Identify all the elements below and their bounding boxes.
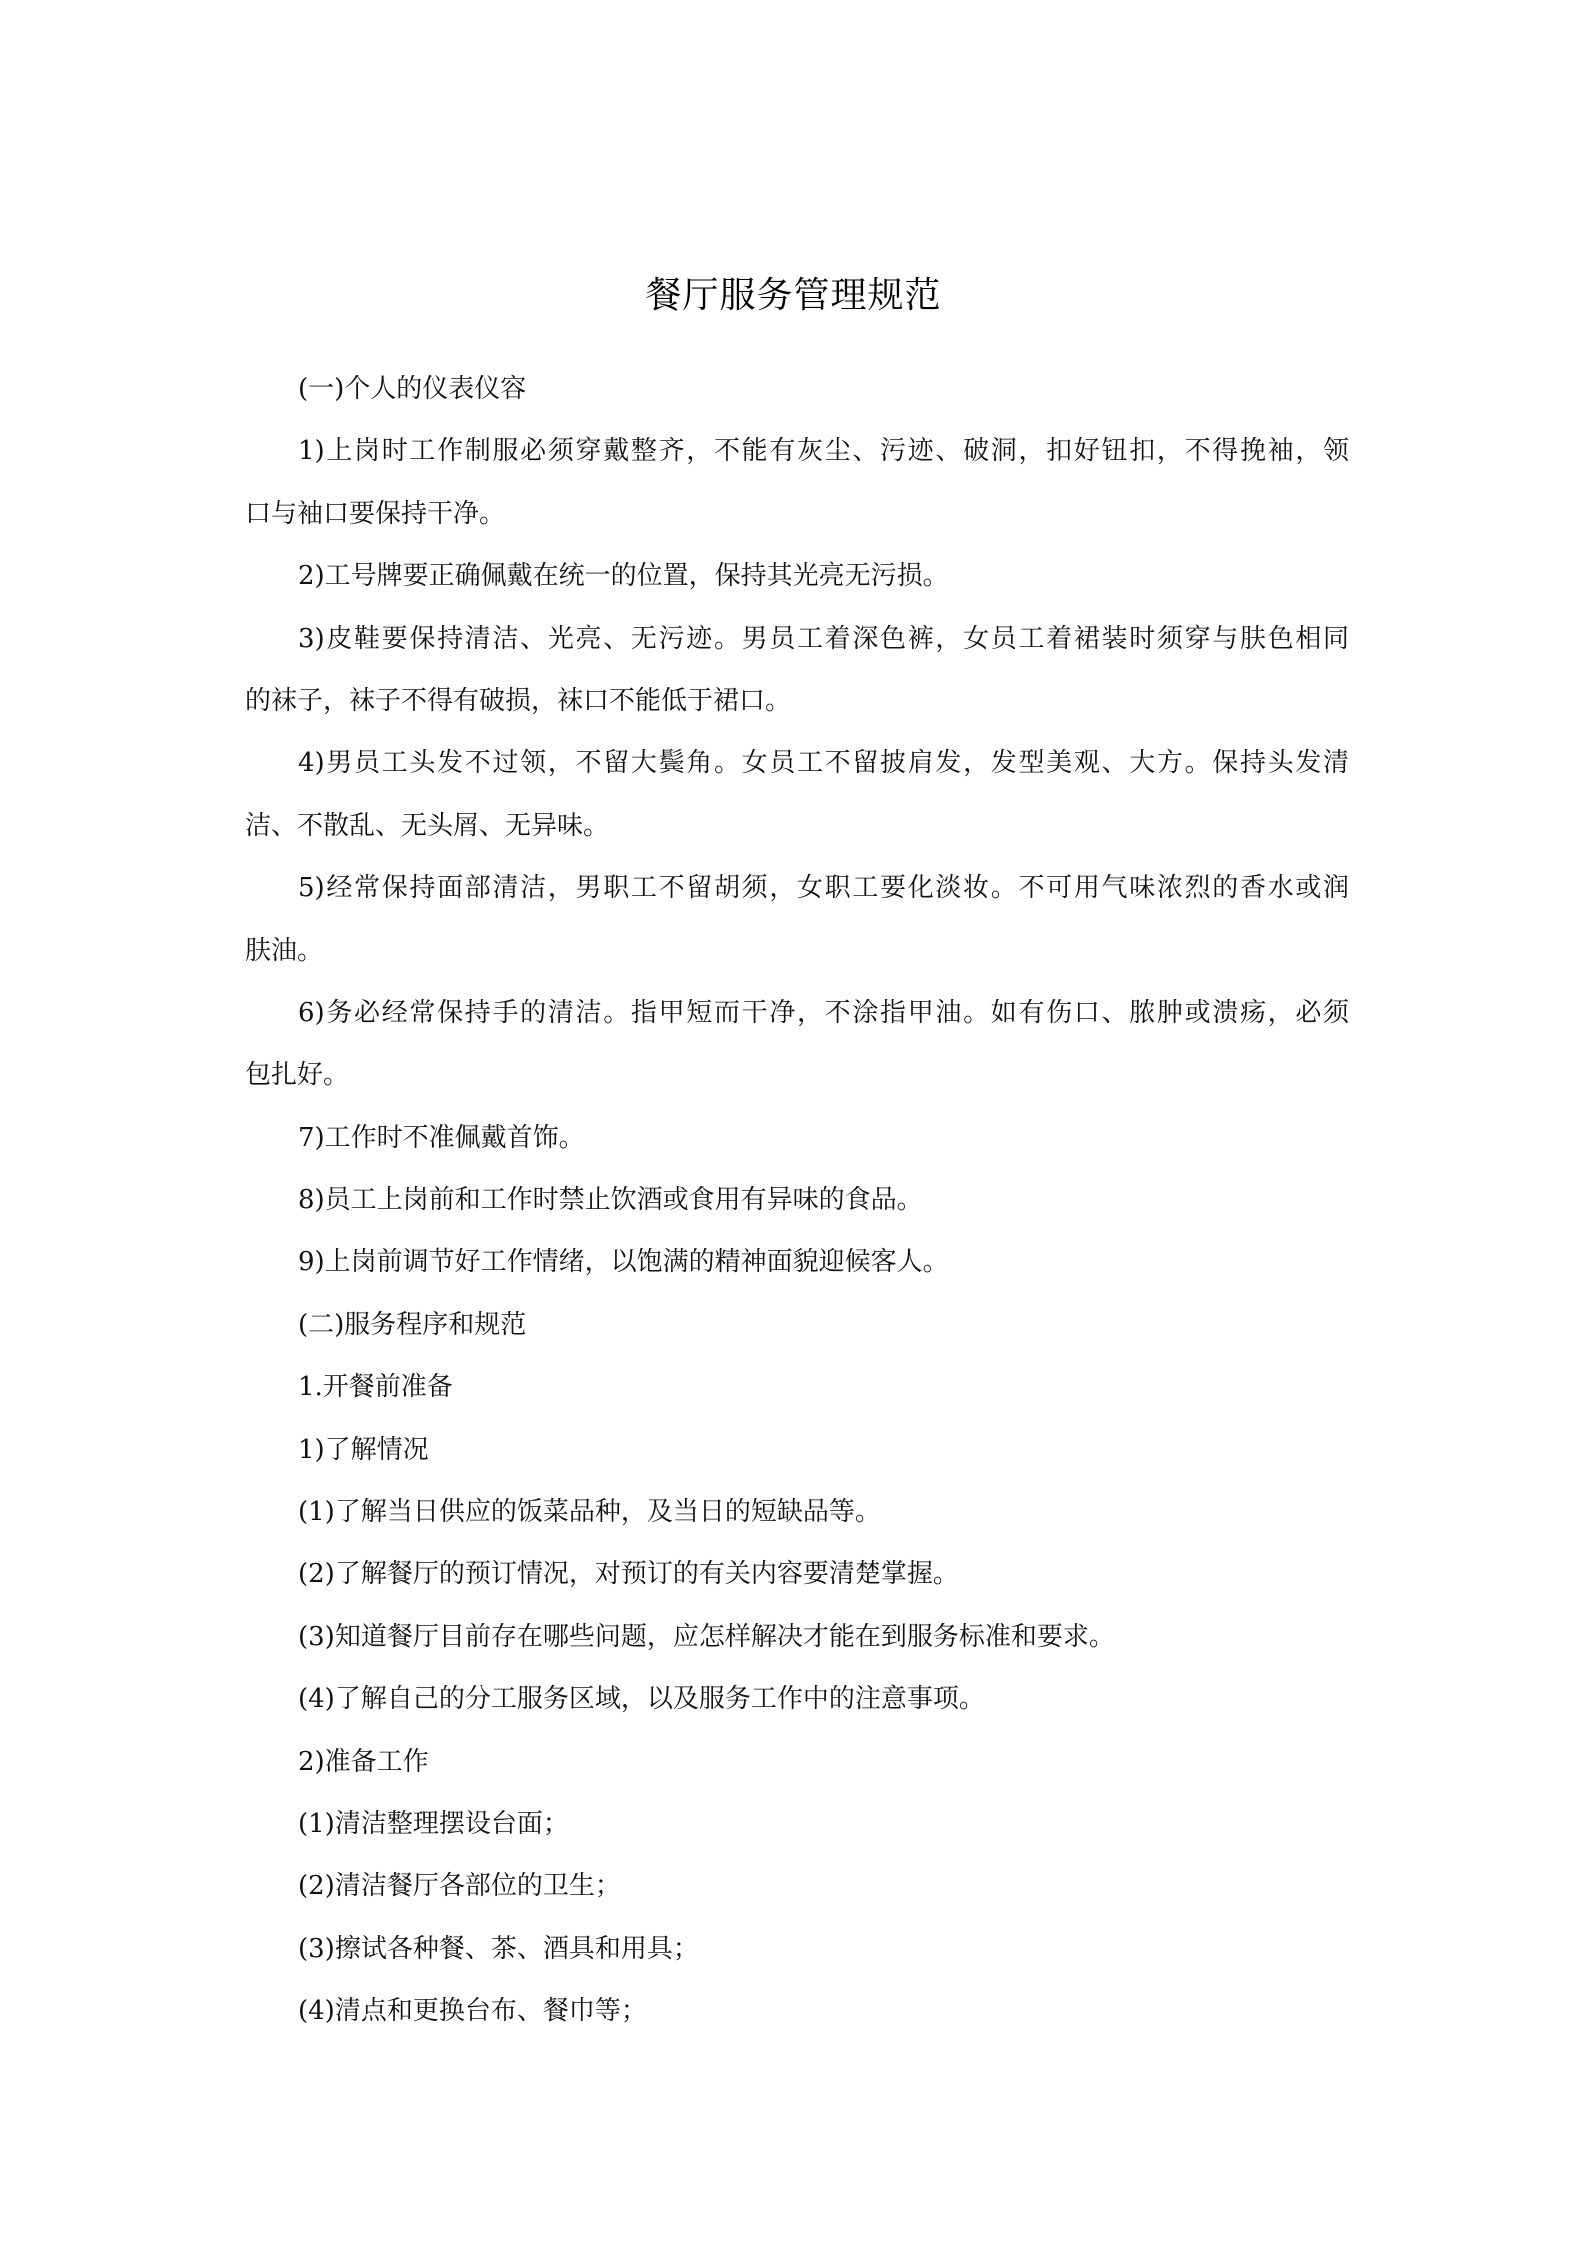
list-item: (4)清点和更换台布、餐巾等；: [245, 1980, 1349, 2042]
list-item: (1)了解当日供应的饭菜品种，及当日的短缺品等。: [245, 1481, 1349, 1543]
list-item: (2)了解餐厅的预订情况，对预订的有关内容要清楚掌握。: [245, 1543, 1349, 1605]
list-item: (3)擦试各种餐、茶、酒具和用具；: [245, 1918, 1349, 1980]
paragraph-line: 3)皮鞋要保持清洁、光亮、无污迹。男员工着深色裤，女员工着裙装时须穿与肤色相同: [245, 608, 1349, 670]
paragraph-line: 4)男员工头发不过领，不留大鬓角。女员工不留披肩发，发型美观、大方。保持头发清: [245, 732, 1349, 794]
list-item: (4)了解自己的分工服务区域，以及服务工作中的注意事项。: [245, 1668, 1349, 1730]
paragraph-line: 7)工作时不准佩戴首饰。: [245, 1107, 1349, 1169]
paragraph-line: 6)务必经常保持手的清洁。指甲短而干净，不涂指甲油。如有伤口、脓肿或溃疡，必须: [245, 982, 1349, 1044]
list-item: (1)清洁整理摆设台面；: [245, 1793, 1349, 1855]
paragraph-line: 8)员工上岗前和工作时禁止饮酒或食用有异味的食品。: [245, 1169, 1349, 1231]
subsection-heading: 1)了解情况: [245, 1419, 1349, 1481]
document-page: 餐厅服务管理规范 (一)个人的仪表仪容 1)上岗时工作制服必须穿戴整齐，不能有灰…: [0, 0, 1587, 2245]
paragraph-line: 9)上岗前调节好工作情绪，以饱满的精神面貌迎候客人。: [245, 1231, 1349, 1293]
list-item: (3)知道餐厅目前存在哪些问题，应怎样解决才能在到服务标准和要求。: [245, 1606, 1349, 1668]
document-body: (一)个人的仪表仪容 1)上岗时工作制服必须穿戴整齐，不能有灰尘、污迹、破洞，扣…: [245, 358, 1349, 2043]
subsection-heading: 2)准备工作: [245, 1731, 1349, 1793]
paragraph-line: 肤油。: [245, 920, 1349, 982]
paragraph-line: 口与袖口要保持干净。: [245, 483, 1349, 545]
document-title: 餐厅服务管理规范: [0, 272, 1587, 320]
paragraph-line: 5)经常保持面部清洁，男职工不留胡须，女职工要化淡妆。不可用气味浓烈的香水或润: [245, 857, 1349, 919]
section-heading-service: (二)服务程序和规范: [245, 1294, 1349, 1356]
subsection-heading: 1.开餐前准备: [245, 1356, 1349, 1418]
paragraph-line: 2)工号牌要正确佩戴在统一的位置，保持其光亮无污损。: [245, 545, 1349, 607]
paragraph-line: 1)上岗时工作制服必须穿戴整齐，不能有灰尘、污迹、破洞，扣好钮扣，不得挽袖，领: [245, 420, 1349, 482]
paragraph-line: 包扎好。: [245, 1044, 1349, 1106]
paragraph-line: 洁、不散乱、无头屑、无异味。: [245, 795, 1349, 857]
list-item: (2)清洁餐厅各部位的卫生；: [245, 1855, 1349, 1917]
paragraph-line: 的袜子，袜子不得有破损，袜口不能低于裙口。: [245, 670, 1349, 732]
section-heading-appearance: (一)个人的仪表仪容: [245, 358, 1349, 420]
